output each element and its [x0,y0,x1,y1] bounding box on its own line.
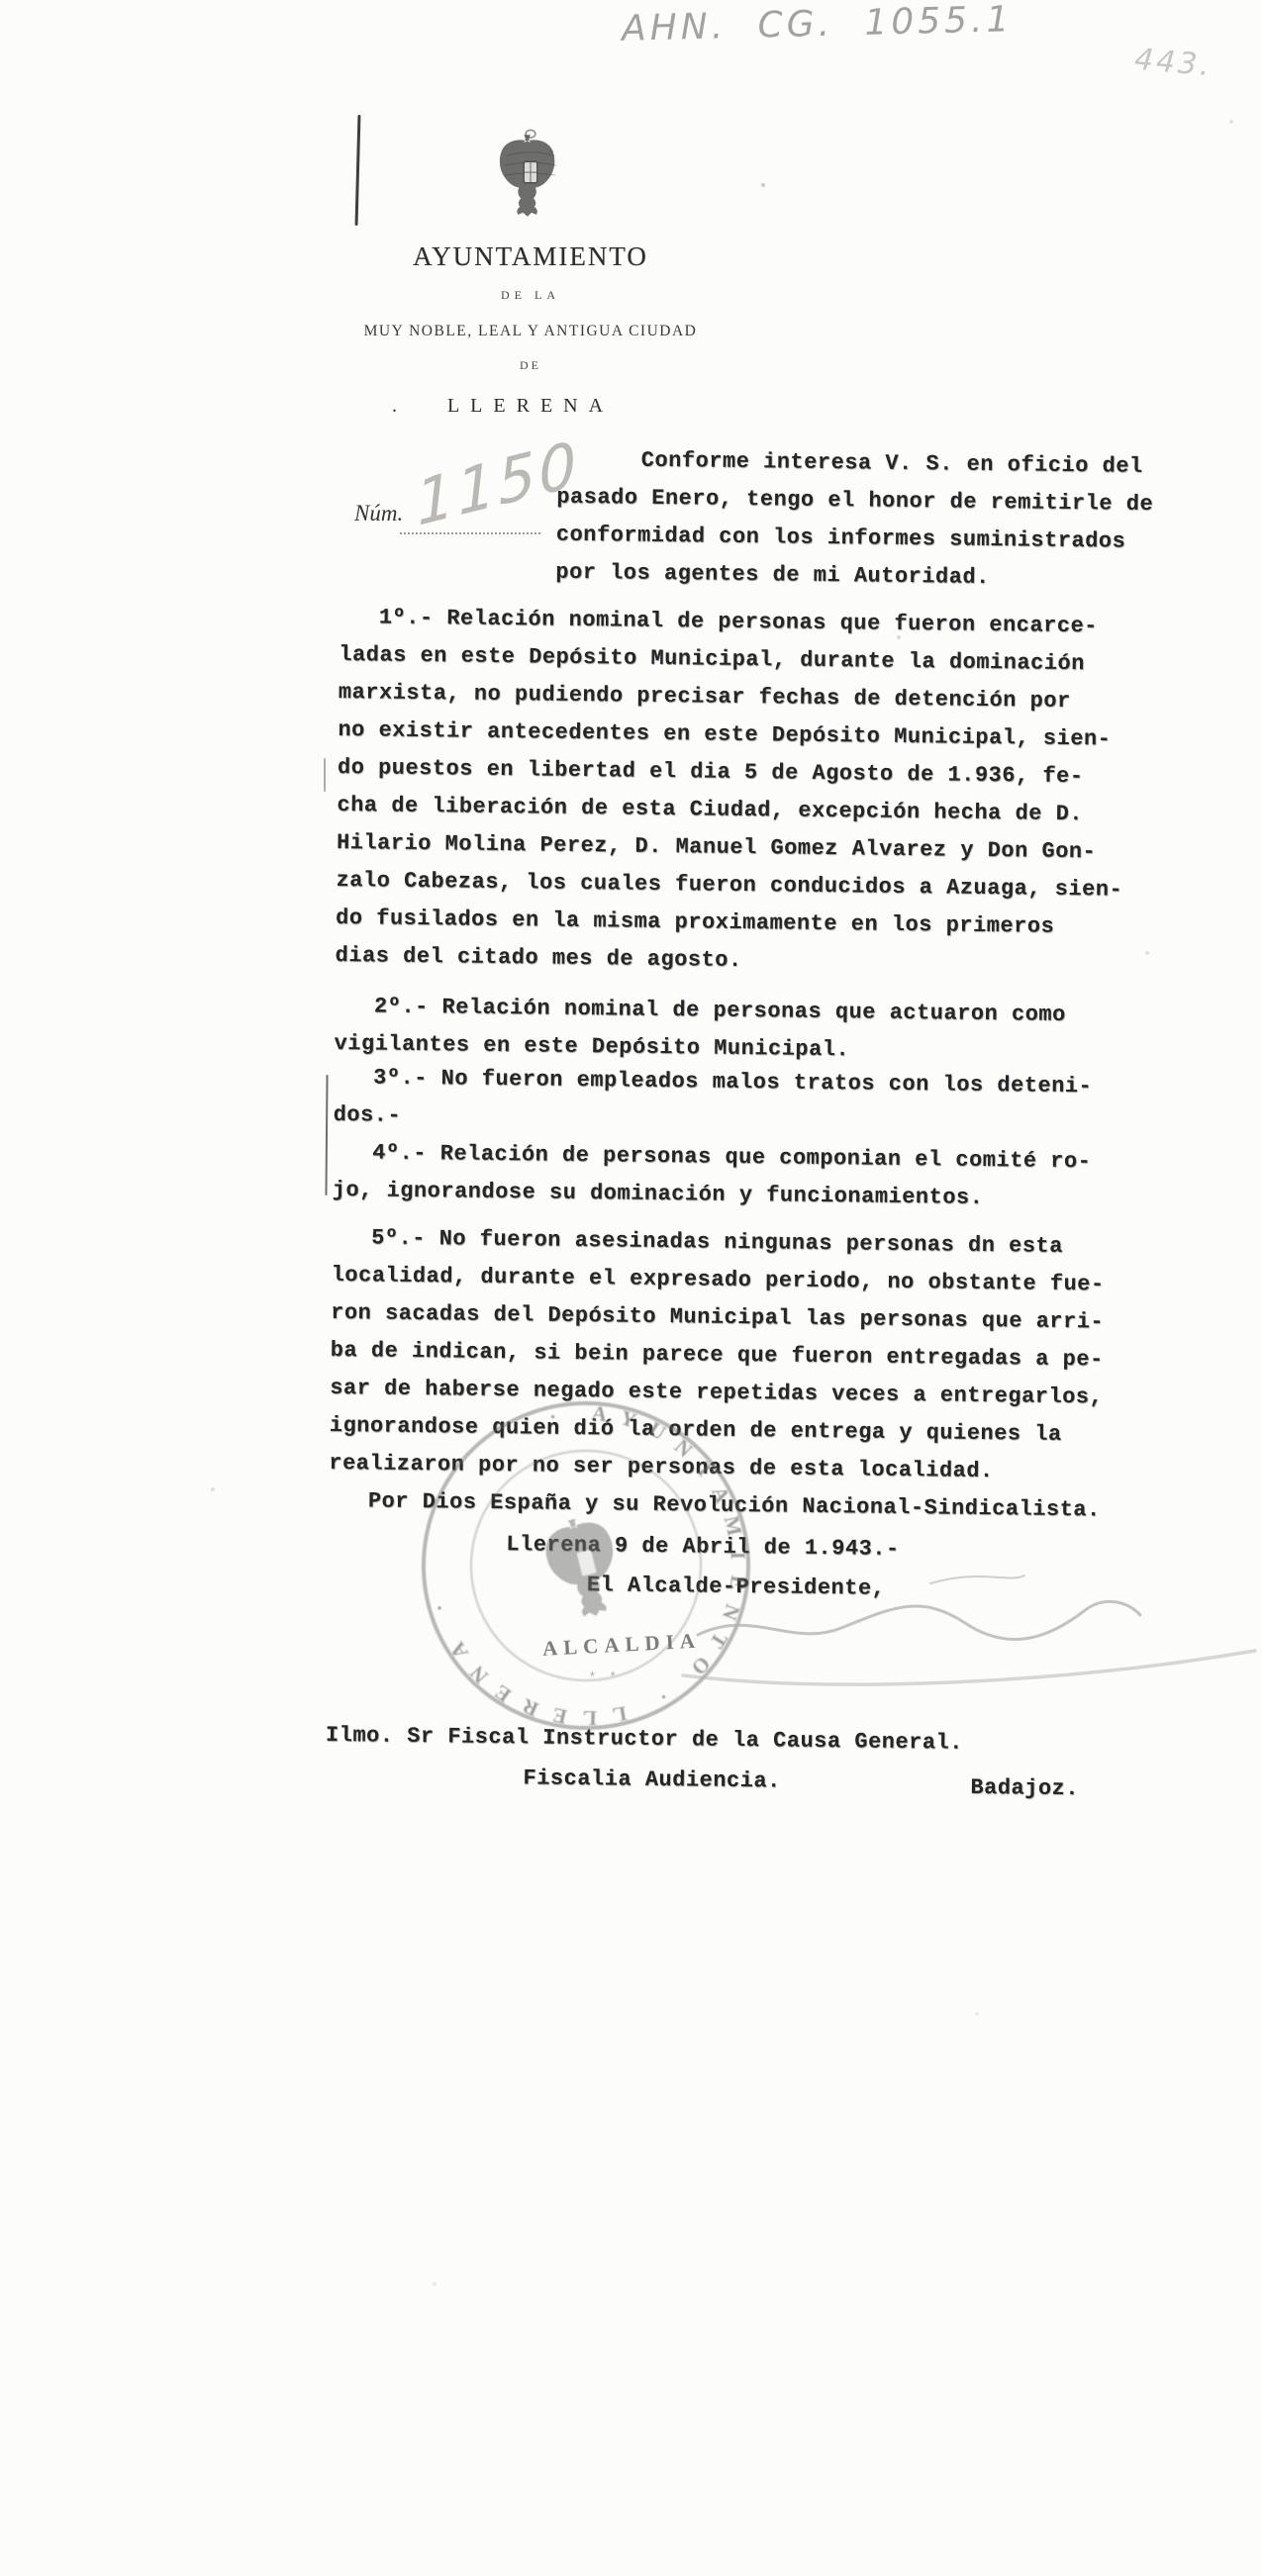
handwritten-signature [653,1554,1262,1712]
paper-specks [0,0,2,2]
typed-line: Badajoz. [970,1769,1079,1808]
folio-number-annotation: 443. [1133,43,1214,84]
letterhead-dot: . [392,395,397,418]
typed-line: por los agentes de mi Autoridad. [555,554,1152,599]
ink-mark [324,758,326,792]
item-1-paragraph: 1º.- Relación nominal de personas que fu… [335,599,1125,985]
letterhead-city: . LLERENA [342,395,719,418]
item-4-paragraph: 4º.- Relación de personas que componian … [332,1134,1091,1218]
letterhead-title: AYUNTAMIENTO [342,241,719,272]
scanned-document-page: AHN. CG. 1055.1 443. AYUNTAMIENTO DE LA … [0,0,1262,2576]
letterhead-subtitle: DE [342,358,719,373]
stamp-stars: * * [590,1669,622,1683]
office-line: Fiscalia Audiencia. [523,1760,781,1800]
letterhead: AYUNTAMIENTO DE LA MUY NOBLE, LEAL Y ANT… [342,127,719,418]
item-2-paragraph: 2º.- Relación nominal de personas que ac… [334,988,1066,1072]
letterhead-city-name: LLERENA [447,395,614,417]
typed-line: Fiscalia Audiencia. [523,1760,781,1800]
opening-paragraph: Conforme interesa V. S. en oficio del pa… [555,441,1154,599]
letterhead-subtitle: MUY NOBLE, LEAL Y ANTIGUA CIUDAD [342,323,719,340]
item-3-paragraph: 3º.- No fueron empleados malos tratos co… [333,1059,1092,1143]
archive-reference-annotation: AHN. CG. 1055.1 [622,0,1014,49]
coat-of-arms-icon [497,127,564,224]
typed-line: jo, ignorandose su dominación y funciona… [332,1172,1091,1218]
ink-mark [325,1075,328,1195]
letterhead-subtitle: DE LA [342,288,719,303]
stamp-eagle-icon [539,1511,629,1624]
place-line: Badajoz. [970,1769,1079,1808]
